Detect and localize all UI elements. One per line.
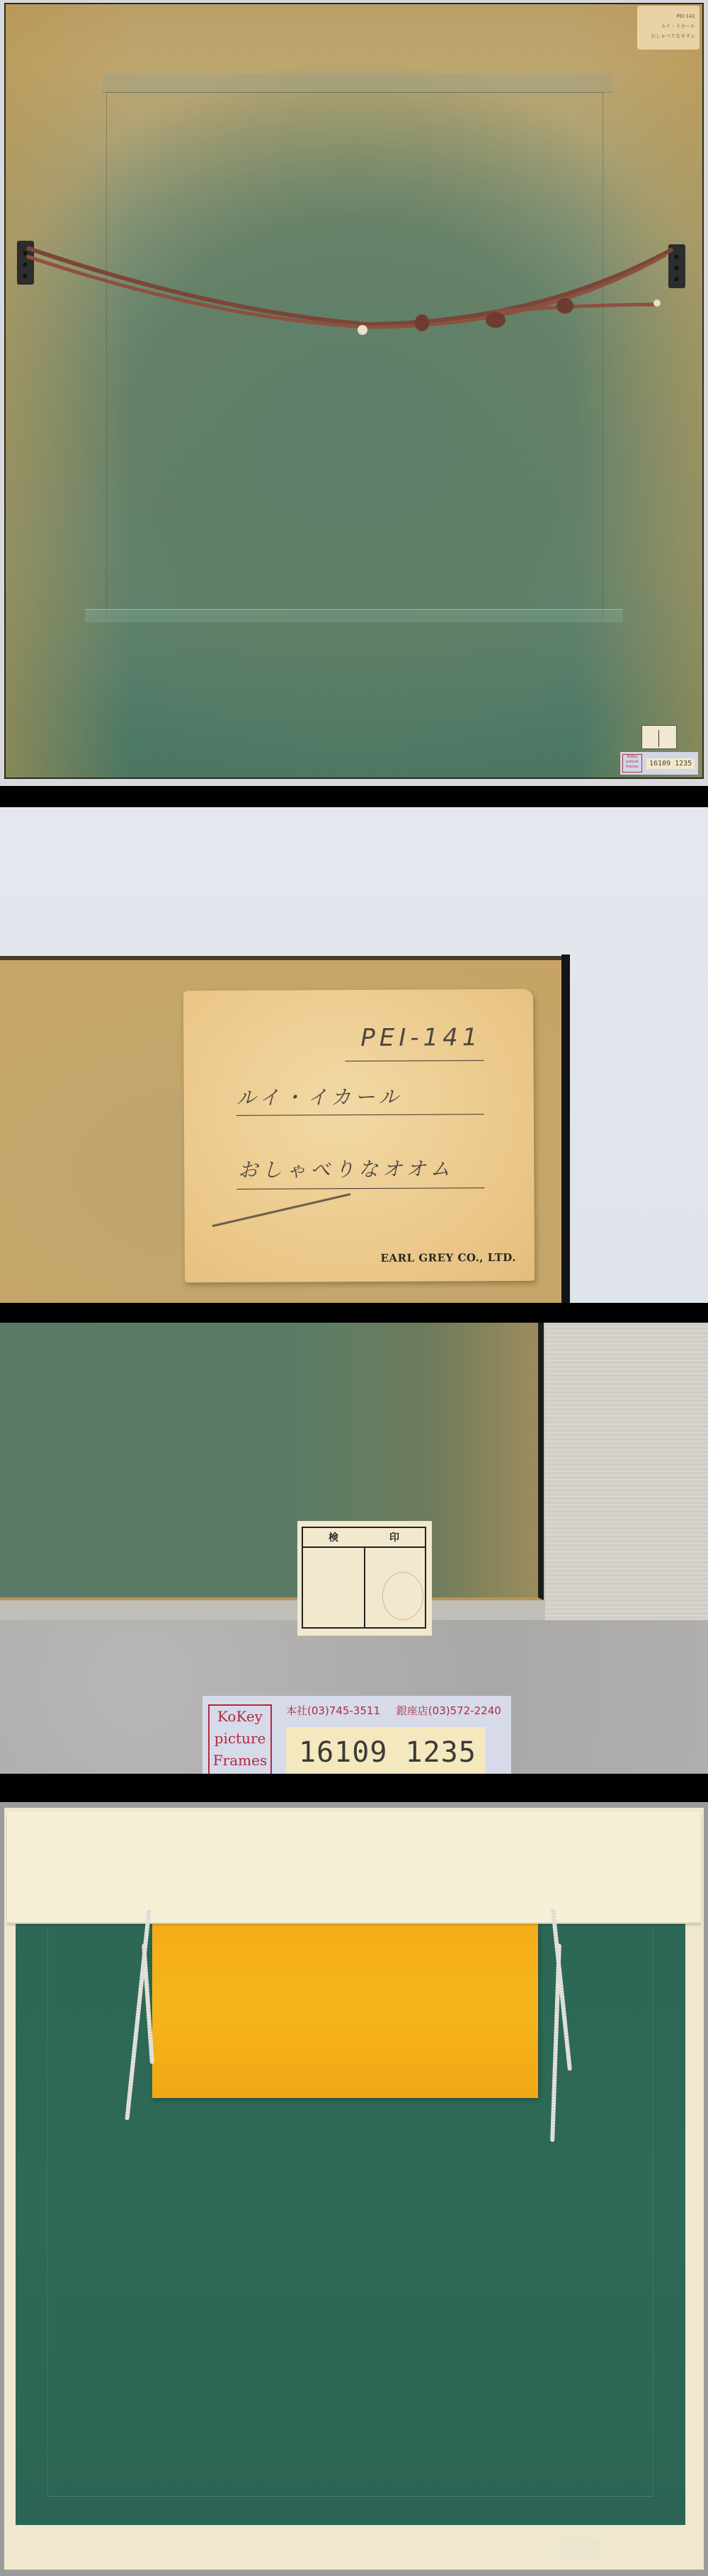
label-title: おしゃべりなオオム [238, 1153, 454, 1183]
logo-line: picture [210, 1728, 270, 1750]
box-top-flap [7, 1812, 701, 1924]
inspection-divider [364, 1546, 365, 1627]
label-underline [236, 1114, 484, 1116]
label-company: EARL GREY CO., LTD. [380, 1251, 516, 1265]
divider [0, 1303, 708, 1323]
ginza-store-phone: 銀座店(03)572-2240 [396, 1704, 501, 1717]
photo-second-frame-back [0, 1802, 708, 2576]
stamp-seal-icon [382, 1572, 423, 1620]
label-artist: ルイ・イカール [236, 1082, 403, 1111]
kokey-logo: KoKey picture Frames [208, 1704, 272, 1774]
backing-board-corner [0, 1323, 544, 1600]
logo-line: Frames [210, 1750, 270, 1772]
head-office-phone: 本社(03)745-3511 [286, 1704, 380, 1717]
photo-label-closeup: PEI-141 ルイ・イカール おしゃべりなオオム EARL GREY CO.,… [0, 807, 708, 1303]
inspection-header-right: 印 [389, 1530, 399, 1544]
hanging-cord-icon [0, 0, 708, 786]
background-wall [545, 1323, 708, 1620]
inspection-sticker: 検 印 [297, 1521, 432, 1636]
stamped-number: 16109 1235 [286, 1727, 486, 1774]
yellow-cloth-pouch [152, 1922, 538, 2098]
divider [0, 786, 708, 807]
inspection-header-left: 検 [329, 1530, 338, 1544]
label-underline [345, 1060, 484, 1061]
phone-numbers: 本社(03)745-3511 銀座店(03)572-2240 [286, 1703, 501, 1718]
label-code: PEI-141 [360, 1023, 481, 1052]
label-underline [236, 1187, 484, 1190]
photo-frame-back-overview: PEI-141 ルイ・イカール おしゃべりなオオム KoKeypicturefr… [0, 0, 708, 786]
divider [0, 1774, 708, 1802]
frame-edge [561, 954, 570, 1303]
logo-line: KoKey [210, 1706, 270, 1728]
inspection-grid: 検 印 [302, 1527, 426, 1629]
framer-sticker: KoKey picture Frames 本社(03)745-3511 銀座店(… [202, 1696, 511, 1774]
photo-sticker-closeup: 検 印 KoKey picture Frames 本社(03)745-3511 … [0, 1323, 708, 1774]
inspection-header: 検 印 [303, 1528, 425, 1548]
paper-label: PEI-141 ルイ・イカール おしゃべりなオオム EARL GREY CO.,… [183, 989, 535, 1283]
